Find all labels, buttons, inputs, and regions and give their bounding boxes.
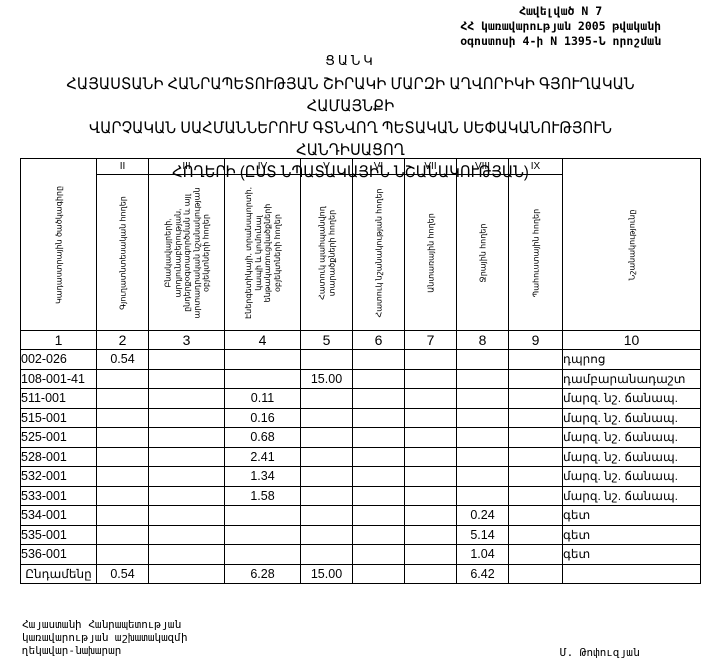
column-header-label: Պահուստային հողեր [531,178,541,328]
area-cell [457,389,509,409]
area-cell [353,408,405,428]
column-header-cadastral-code: Կադաստրային ծածկագիրը [21,159,97,331]
column-header-land-category: Անտառային հողեր [405,175,457,331]
purpose-cell [563,564,701,584]
area-cell [509,350,563,370]
area-cell [97,369,149,389]
area-cell: 0.24 [457,506,509,526]
annex-decree-line: ՀՀ կառավարության 2005 թվականի [460,19,661,34]
table-row: 534-0010.24գետ [21,506,701,526]
column-header-land-category: Ջրային հողեր [457,175,509,331]
cadastral-code-cell: Ընդամենը [21,564,97,584]
area-cell [353,525,405,545]
purpose-cell: մարզ. նշ. ճանապ. [563,428,701,448]
table-row: 002-0260.54դպրոց [21,350,701,370]
area-cell [353,467,405,487]
area-cell [97,506,149,526]
area-cell: 15.00 [301,369,353,389]
column-header-label: Հատուկ նշանակության հողեր [374,178,384,328]
cadastral-code-cell: 515-001 [21,408,97,428]
area-cell [353,447,405,467]
total-row: Ընդամենը0.546.2815.006.42 [21,564,701,584]
area-cell [97,408,149,428]
area-cell: 6.28 [225,564,301,584]
area-cell [301,525,353,545]
cadastral-code-cell: 534-001 [21,506,97,526]
area-cell [97,545,149,565]
signatory-name: Մ. Թոփուզյան [560,646,639,659]
purpose-cell: մարզ. նշ. ճանապ. [563,389,701,409]
area-cell [225,350,301,370]
area-cell [405,467,457,487]
area-cell: 1.58 [225,486,301,506]
column-header-land-category: Գյուղատնտեսական հողեր [97,175,149,331]
column-header-label: Կադաստրային ծածկագիրը [54,170,64,320]
area-cell [405,564,457,584]
purpose-cell: մարզ. նշ. ճանապ. [563,467,701,487]
area-cell [301,428,353,448]
area-cell [97,447,149,467]
cadastral-code-cell: 108-001-41 [21,369,97,389]
column-header-label: Հատուկ պահպանվող տարածքների հողեր [317,178,336,328]
area-cell [149,564,225,584]
area-cell: 0.16 [225,408,301,428]
cadastral-code-cell: 535-001 [21,525,97,545]
area-cell [149,545,225,565]
area-cell: 2.41 [225,447,301,467]
area-cell [509,389,563,409]
area-cell: 0.68 [225,428,301,448]
cadastral-code-cell: 528-001 [21,447,97,467]
area-cell: 0.11 [225,389,301,409]
area-cell [457,486,509,506]
column-index: 1 [21,331,97,350]
area-cell: 6.42 [457,564,509,584]
column-header-label: Նշանակությունը [627,170,637,320]
area-cell [149,389,225,409]
annex-reference: Հավելված N 7 ՀՀ կառավարության 2005 թվակա… [460,4,661,49]
area-cell [149,506,225,526]
column-header-land-category: Բնակավայրերի, արդյունաբերության, ընդերքօ… [149,175,225,331]
cadastral-code-cell: 533-001 [21,486,97,506]
column-index: 4 [225,331,301,350]
area-cell [301,408,353,428]
signatory-position-line-3: ղեկավար-նախարար [22,644,188,657]
area-cell [149,447,225,467]
table-row: 525-0010.68մարզ. նշ. ճանապ. [21,428,701,448]
column-index: 2 [97,331,149,350]
area-cell: 1.04 [457,545,509,565]
title-line-2: ՎԱՐՉԱԿԱՆ ՍԱՀՄԱՆՆԵՐՈՒՄ ԳՏՆՎՈՂ ՊԵՏԱԿԱՆ ՍԵՓ… [46,118,654,162]
area-cell [405,506,457,526]
column-index: 7 [405,331,457,350]
column-header-label: Անտառային հողեր [426,178,436,328]
roman-column-number: VIII [457,159,509,175]
area-cell [405,486,457,506]
area-cell [457,447,509,467]
cadastral-code-cell: 525-001 [21,428,97,448]
area-cell [509,447,563,467]
area-cell [509,486,563,506]
area-cell [509,564,563,584]
column-header-land-category: Պահուստային հողեր [509,175,563,331]
area-cell [353,389,405,409]
area-cell [301,389,353,409]
area-cell [353,545,405,565]
area-cell: 15.00 [301,564,353,584]
roman-column-number: VII [405,159,457,175]
area-cell [457,408,509,428]
title-line-1: ՀԱՅԱՍՏԱՆԻ ՀԱՆՐԱՊԵՏՈՒԹՅԱՆ ՇԻՐԱԿԻ ՄԱՐԶԻ ԱՂ… [46,74,654,118]
area-cell [457,467,509,487]
area-cell [509,525,563,545]
area-cell [225,545,301,565]
area-cell [301,467,353,487]
column-index: 5 [301,331,353,350]
cadastral-code-cell: 536-001 [21,545,97,565]
land-table: Կադաստրային ծածկագիրըIIIIIIVVVIVIIVIIIIX… [20,158,701,584]
cadastral-code-cell: 002-026 [21,350,97,370]
area-cell [405,408,457,428]
area-cell [149,408,225,428]
area-cell [353,564,405,584]
area-cell [149,486,225,506]
column-index: 9 [509,331,563,350]
area-cell [97,428,149,448]
purpose-cell: դամբարանադաշտ [563,369,701,389]
area-cell [457,350,509,370]
table-row: 108-001-4115.00դամբարանադաշտ [21,369,701,389]
column-header-label: Բնակավայրերի, արդյունաբերության, ընդերքօ… [163,178,211,328]
cadastral-code-cell: 511-001 [21,389,97,409]
area-cell [509,428,563,448]
area-cell: 5.14 [457,525,509,545]
area-cell [97,486,149,506]
signatory-position-line-2: կառավարության աշխատակազմի [22,631,188,644]
area-cell [509,369,563,389]
area-cell [405,447,457,467]
area-cell [149,467,225,487]
column-index: 3 [149,331,225,350]
area-cell [149,369,225,389]
area-cell [509,467,563,487]
area-cell [509,506,563,526]
column-header-label: Էներգետիկայի, տրանսպորտի, կապի և կոմունա… [244,178,282,328]
area-cell [405,525,457,545]
purpose-cell: գետ [563,506,701,526]
roman-column-number: IX [509,159,563,175]
area-cell [97,389,149,409]
area-cell [97,525,149,545]
area-cell [97,467,149,487]
signatory-position: Հայաստանի Հանրապետության կառավարության ա… [22,618,188,657]
table-row: 533-0011.58մարզ. նշ. ճանապ. [21,486,701,506]
area-cell [509,545,563,565]
area-cell [225,506,301,526]
area-cell: 0.54 [97,350,149,370]
area-cell [149,350,225,370]
area-cell [353,350,405,370]
table-row: 535-0015.14գետ [21,525,701,545]
area-cell [457,369,509,389]
cadastral-code-cell: 532-001 [21,467,97,487]
area-cell [225,369,301,389]
column-header-label: Գյուղատնտեսական հողեր [118,178,128,328]
area-cell: 0.54 [97,564,149,584]
roman-column-number: IV [225,159,301,175]
purpose-cell: մարզ. նշ. ճանապ. [563,486,701,506]
signatory-position-line-1: Հայաստանի Հանրապետության [22,618,188,631]
area-cell [405,350,457,370]
area-cell [509,408,563,428]
roman-column-number: III [149,159,225,175]
table-row: 532-0011.34մարզ. նշ. ճանապ. [21,467,701,487]
column-header-label: Ջրային հողեր [478,178,488,328]
annex-decree-date: օգոստոսի 4-ի N 1395-Ն որոշման [460,34,661,49]
area-cell [301,486,353,506]
area-cell [301,350,353,370]
area-cell [301,506,353,526]
roman-column-number: V [301,159,353,175]
purpose-cell: դպրոց [563,350,701,370]
purpose-cell: մարզ. նշ. ճանապ. [563,447,701,467]
column-index: 8 [457,331,509,350]
column-header-land-category: Հատուկ պահպանվող տարածքների հողեր [301,175,353,331]
purpose-cell: գետ [563,525,701,545]
column-header-purpose: Նշանակությունը [563,159,701,331]
area-cell [353,369,405,389]
area-cell [457,428,509,448]
area-cell [149,428,225,448]
column-header-land-category: Էներգետիկայի, տրանսպորտի, կապի և կոմունա… [225,175,301,331]
column-index: 6 [353,331,405,350]
roman-column-number: VI [353,159,405,175]
area-cell [405,389,457,409]
area-cell [405,369,457,389]
area-cell [353,428,405,448]
annex-number: Հավելված N 7 [460,4,661,19]
area-cell [405,428,457,448]
purpose-cell: գետ [563,545,701,565]
area-cell [353,486,405,506]
column-index: 10 [563,331,701,350]
table-row: 536-0011.04գետ [21,545,701,565]
area-cell [301,447,353,467]
roman-column-number: II [97,159,149,175]
table-row: 528-0012.41մարզ. նշ. ճանապ. [21,447,701,467]
list-title: ՑԱՆԿ [0,54,701,69]
area-cell [405,545,457,565]
area-cell: 1.34 [225,467,301,487]
table-row: 515-0010.16մարզ. նշ. ճանապ. [21,408,701,428]
area-cell [353,506,405,526]
area-cell [225,525,301,545]
column-header-land-category: Հատուկ նշանակության հողեր [353,175,405,331]
area-cell [301,545,353,565]
purpose-cell: մարզ. նշ. ճանապ. [563,408,701,428]
table-row: 511-0010.11մարզ. նշ. ճանապ. [21,389,701,409]
area-cell [149,525,225,545]
